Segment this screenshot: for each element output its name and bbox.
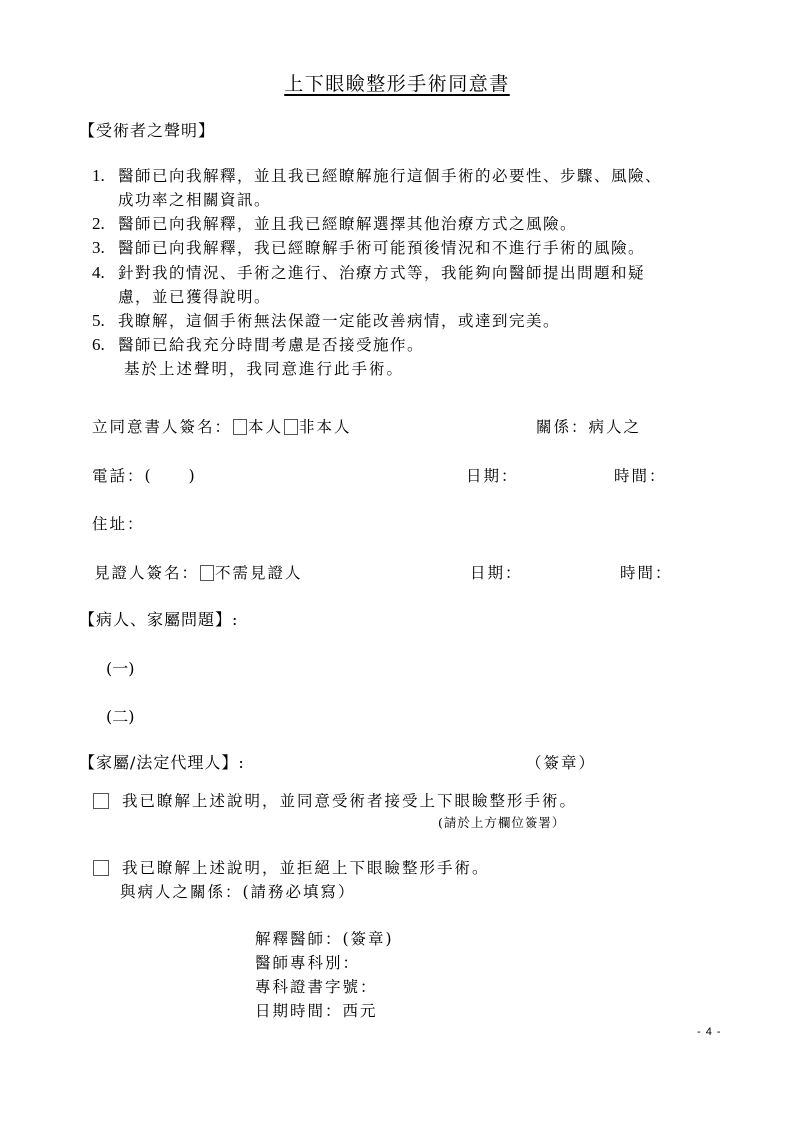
question-item-1: (一): [106, 658, 135, 680]
refuse-option-label: 我已瞭解上述說明，並拒絕上下眼瞼整形手術。: [122, 859, 490, 877]
date-label-witness: 日期：: [470, 562, 523, 584]
item-text-line1: 針對我的情況、手術之進行、治療方式等，我能夠向醫師提出問題和疑: [118, 264, 645, 282]
explaining-doctor-label: 解釋醫師：(簽章): [255, 928, 394, 950]
statement-item-1: 1.醫師已向我解釋，並且我已經瞭解施行這個手術的必要性、步驟、風險、 成功率之相…: [92, 164, 732, 212]
item-text-line1: 醫師已向我解釋，並且我已經瞭解施行這個手術的必要性、步驟、風險、: [118, 167, 662, 185]
consenter-signature-label: 立同意書人簽名：: [92, 418, 232, 436]
doctor-datetime-label: 日期時間：西元: [255, 1000, 378, 1022]
guardian-seal-label: （簽章）: [526, 752, 596, 774]
statement-item-3: 3.醫師已向我解釋，我已經瞭解手術可能預後情況和不進行手術的風險。: [92, 236, 732, 260]
phone-close-paren: ): [189, 467, 197, 485]
self-checkbox[interactable]: [233, 419, 247, 435]
specialty-certificate-label: 專科證書字號：: [255, 976, 378, 998]
item-text-line1: 醫師已給我充分時間考慮是否接受施作。: [118, 336, 424, 354]
question-item-2: (二): [106, 706, 135, 728]
guardian-refuse-row: 我已瞭解上述說明，並拒絕上下眼瞼整形手術。: [92, 857, 490, 879]
item-number: 6.: [92, 333, 118, 357]
self-option-label: 本人: [248, 418, 283, 436]
item-text-line2: 成功率之相關資訊。: [92, 188, 732, 212]
witness-signature-label: 見證人簽名：: [94, 564, 199, 582]
guardian-agree-row: 我已瞭解上述說明，並同意受術者接受上下眼瞼整形手術。: [92, 790, 577, 812]
statement-item-2: 2.醫師已向我解釋，並且我已經瞭解選擇其他治療方式之風險。: [92, 212, 732, 236]
consenter-signature-row: 立同意書人簽名：本人非本人: [92, 416, 352, 438]
guardian-relationship-label: 與病人之關係：(請務必填寫）: [120, 881, 356, 903]
item-text-line1: 醫師已向我解釋，我已經瞭解手術可能預後情況和不進行手術的風險。: [118, 239, 645, 257]
document-title: 上下眼瞼整形手術同意書: [0, 71, 794, 97]
statement-item-6: 6.醫師已給我充分時間考慮是否接受施作。: [92, 333, 732, 357]
page-number: - 4 -: [697, 1026, 722, 1038]
non-self-option-label: 非本人: [299, 418, 352, 436]
agree-checkbox[interactable]: [93, 793, 109, 809]
time-label-consenter: 時間：: [614, 465, 667, 487]
agree-option-label: 我已瞭解上述說明，並同意受術者接受上下眼瞼整形手術。: [122, 792, 577, 810]
no-witness-checkbox[interactable]: [200, 565, 214, 581]
refuse-checkbox[interactable]: [93, 860, 109, 876]
witness-signature-row: 見證人簽名：不需見證人: [94, 562, 303, 584]
time-label-witness: 時間：: [620, 562, 673, 584]
phone-row: 電話：(): [92, 465, 197, 487]
non-self-checkbox[interactable]: [284, 419, 298, 435]
item-number: 3.: [92, 236, 118, 260]
agree-sign-note: (請於上方欄位簽署）: [438, 812, 565, 834]
statement-item-4: 4.針對我的情況、手術之進行、治療方式等，我能夠向醫師提出問題和疑 慮，並已獲得…: [92, 261, 732, 309]
no-witness-option-label: 不需見證人: [215, 564, 303, 582]
statement-item-5: 5.我瞭解，這個手術無法保證一定能改善病情，或達到完美。: [92, 309, 732, 333]
item-text-line1: 我瞭解，這個手術無法保證一定能改善病情，或達到完美。: [118, 312, 560, 330]
item-number: 2.: [92, 212, 118, 236]
questions-heading: 【病人、家屬問題】:: [79, 609, 238, 631]
item-number: 5.: [92, 309, 118, 333]
item-number: 1.: [92, 164, 118, 188]
guardian-heading: 【家屬/法定代理人】:: [79, 752, 245, 774]
document-title-text: 上下眼瞼整形手術同意書: [284, 73, 510, 95]
consent-conclusion: 基於上述聲明，我同意進行此手術。: [124, 358, 404, 380]
doctor-specialty-label: 醫師專科別：: [255, 952, 360, 974]
item-text-line1: 醫師已向我解釋，並且我已經瞭解選擇其他治療方式之風險。: [118, 215, 577, 233]
phone-label: 電話：(: [92, 467, 153, 485]
consent-form-page: 上下眼瞼整形手術同意書 【受術者之聲明】 1.醫師已向我解釋，並且我已經瞭解施行…: [0, 0, 794, 1123]
date-label-consenter: 日期：: [466, 465, 519, 487]
item-text-line2: 慮，並已獲得說明。: [92, 285, 732, 309]
address-label: 住址：: [92, 513, 145, 535]
item-number: 4.: [92, 261, 118, 285]
patient-statement-heading: 【受術者之聲明】: [79, 120, 215, 142]
relationship-label: 關係：病人之: [536, 416, 641, 438]
